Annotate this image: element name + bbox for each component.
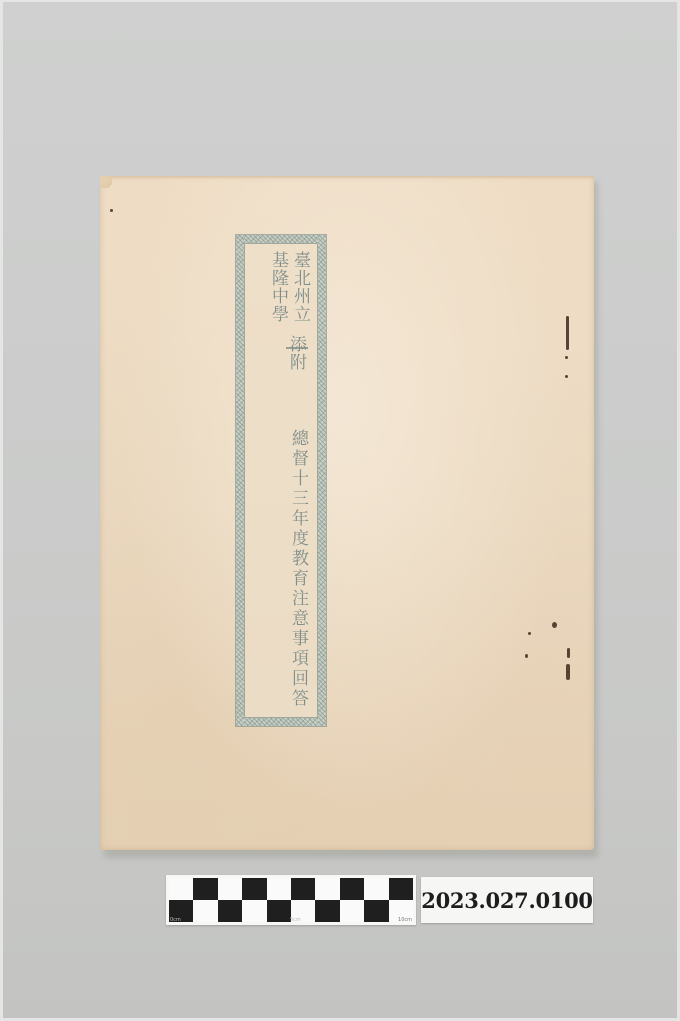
scale-label-end: 10cm	[398, 917, 412, 923]
scale-cell	[267, 900, 291, 922]
scale-cell	[242, 878, 266, 900]
binding-mark	[567, 648, 570, 658]
scale-label-mid: 5cm	[290, 917, 301, 923]
stain-spot	[110, 209, 113, 212]
scale-cell	[267, 878, 291, 900]
scale-cell	[242, 900, 266, 922]
scale-cell	[389, 878, 413, 900]
binding-mark	[566, 664, 570, 680]
title-column-attached: 添附	[287, 335, 304, 371]
stain-spot	[565, 375, 568, 378]
scale-cell	[315, 900, 339, 922]
scale-cell	[193, 878, 217, 900]
title-column-school: 基隆中學	[269, 251, 286, 323]
folded-corner	[100, 176, 112, 188]
document-title: 總督十三年度教育注意事項回答	[289, 429, 306, 709]
scale-cell	[315, 878, 339, 900]
accession-number-label: 2023.027.0100	[421, 877, 593, 923]
binding-mark	[566, 316, 569, 350]
title-border-frame: 臺北州立 基隆中學 添附 總督十三年度教育注意事項回答	[236, 235, 326, 726]
scale-cell	[340, 878, 364, 900]
sheet-top-edge	[100, 176, 594, 179]
stain-spot	[552, 622, 557, 628]
scale-cell	[169, 878, 193, 900]
scale-cell	[193, 900, 217, 922]
scale-cell	[364, 900, 388, 922]
scale-label-start: 0cm	[170, 917, 181, 923]
scale-cell	[340, 900, 364, 922]
stain-spot	[525, 654, 528, 658]
stain-spot	[528, 632, 531, 635]
stain-spot	[565, 356, 568, 359]
title-box-inner: 臺北州立 基隆中學 添附 總督十三年度教育注意事項回答	[244, 243, 318, 718]
document-sheet: 臺北州立 基隆中學 添附 總督十三年度教育注意事項回答	[100, 176, 594, 850]
scale-cell	[364, 878, 388, 900]
scale-cell	[291, 878, 315, 900]
scale-cell	[218, 878, 242, 900]
scale-cell	[218, 900, 242, 922]
title-column-prefecture: 臺北州立	[291, 251, 308, 323]
measurement-scale-bar: 0cm 5cm 10cm	[166, 875, 416, 925]
